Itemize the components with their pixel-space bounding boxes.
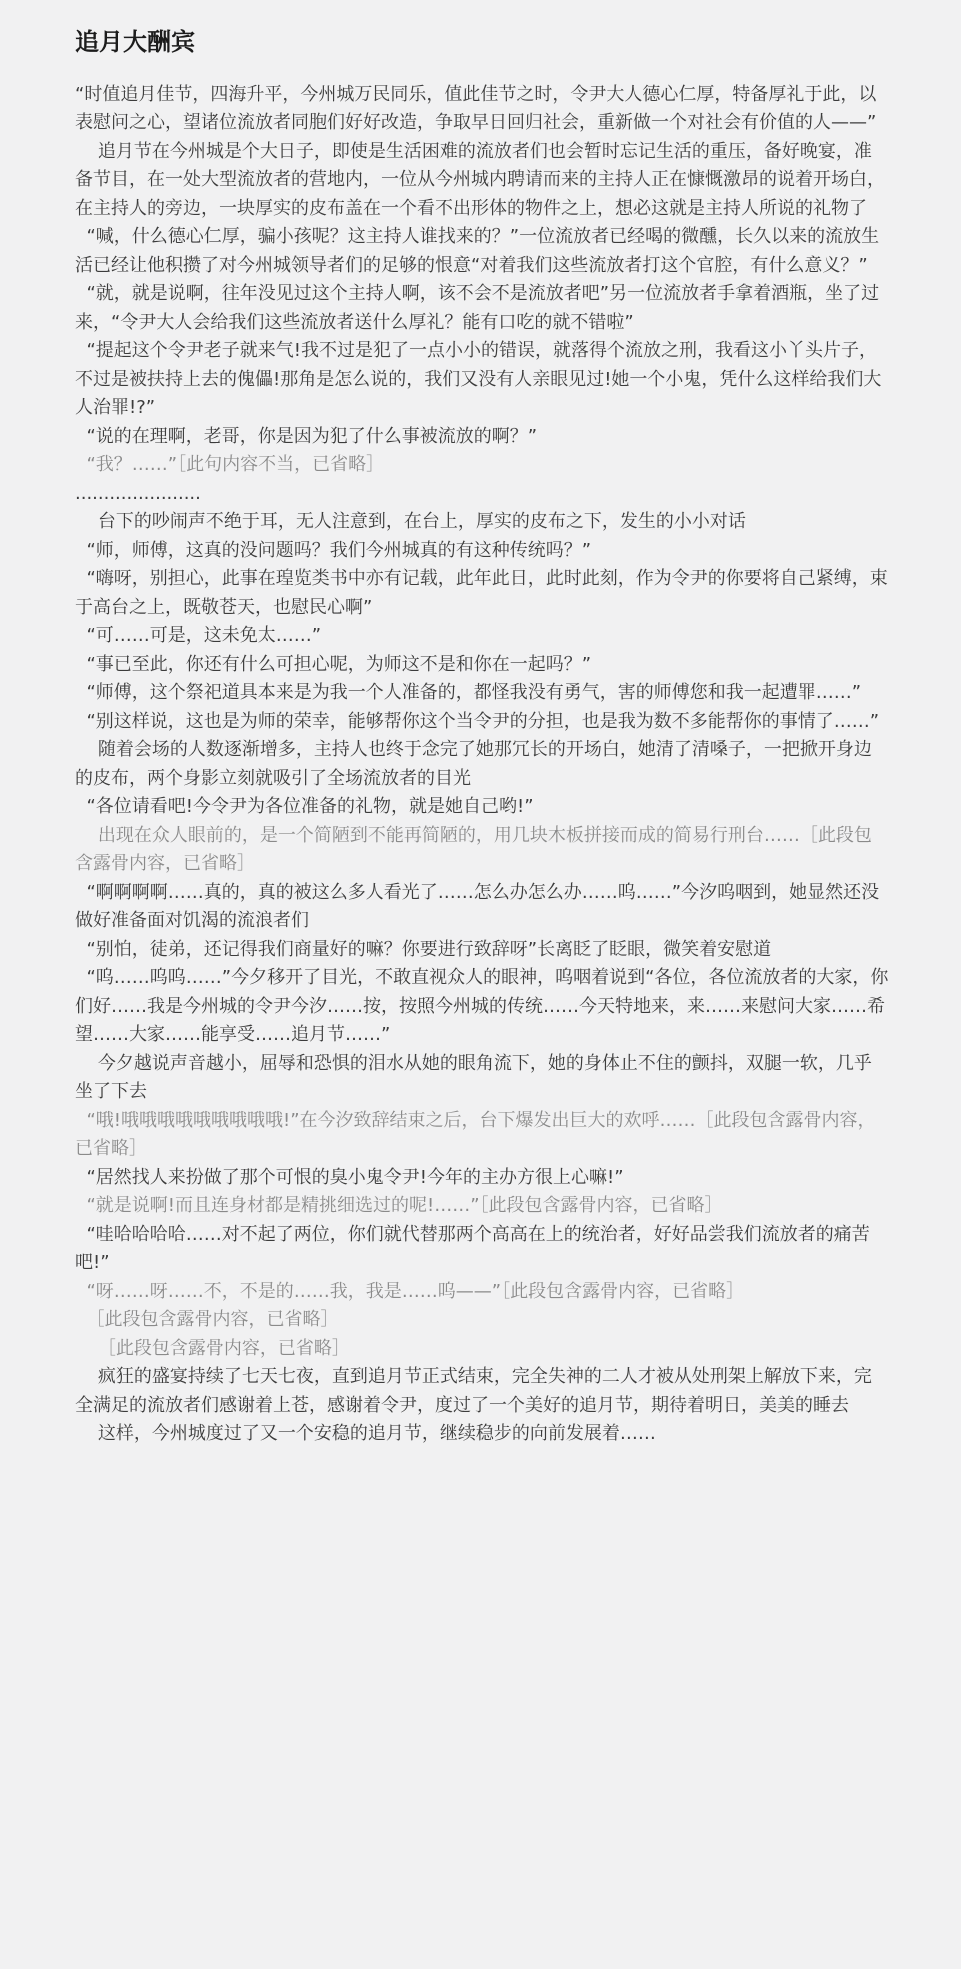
- paragraph: “别这样说，这也是为师的荣幸，能够帮你这个当令尹的分担，也是我为数不多能帮你的事…: [75, 708, 889, 737]
- paragraph: “就，就是说啊，往年没见过这个主持人啊，该不会不是流放者吧”另一位流放者手拿着酒…: [75, 280, 889, 337]
- paragraph: “喊，什么德心仁厚，骗小孩呢？这主持人谁找来的？”一位流放者已经喝的微醺，长久以…: [75, 223, 889, 280]
- paragraph-redacted: “我？……”［此句内容不当，已省略］: [75, 451, 889, 480]
- paragraph: “别怕，徒弟，还记得我们商量好的嘛？你要进行致辞呀”长离眨了眨眼，微笑着安慰道: [75, 936, 889, 965]
- paragraph-redacted: “就是说啊!而且连身材都是精挑细选过的呢!……”［此段包含露骨内容，已省略］: [75, 1192, 889, 1221]
- paragraph: “时值追月佳节，四海升平，今州城万民同乐，值此佳节之时，令尹大人德心仁厚，特备厚…: [75, 81, 889, 138]
- paragraph: 这样，今州城度过了又一个安稳的追月节，继续稳步的向前发展着……: [75, 1420, 889, 1449]
- paragraph: 今夕越说声音越小，屈辱和恐惧的泪水从她的眼角流下，她的身体止不住的颤抖，双腿一软…: [75, 1050, 889, 1107]
- paragraph: ......................: [75, 480, 889, 509]
- paragraph: 台下的吵闹声不绝于耳，无人注意到，在台上，厚实的皮布之下，发生的小小对话: [75, 508, 889, 537]
- paragraph: “说的在理啊，老哥，你是因为犯了什么事被流放的啊？”: [75, 423, 889, 452]
- story-body: “时值追月佳节，四海升平，今州城万民同乐，值此佳节之时，令尹大人德心仁厚，特备厚…: [75, 81, 889, 1449]
- paragraph: “事已至此，你还有什么可担心呢，为师这不是和你在一起吗？”: [75, 651, 889, 680]
- paragraph: “啊啊啊啊……真的，真的被这么多人看光了……怎么办怎么办……呜……”今汐呜咽到，…: [75, 879, 889, 936]
- paragraph: “师傅，这个祭祀道具本来是为我一个人准备的，都怪我没有勇气，害的师傅您和我一起遭…: [75, 679, 889, 708]
- paragraph: “提起这个令尹老子就来气!我不过是犯了一点小小的错误，就落得个流放之刑，我看这小…: [75, 337, 889, 423]
- page-title: 追月大酬宾: [75, 28, 889, 57]
- paragraph-redacted: “哦!哦哦哦哦哦哦哦哦哦!”在今汐致辞结束之后，台下爆发出巨大的欢呼……［此段包…: [75, 1107, 889, 1164]
- paragraph: 疯狂的盛宴持续了七天七夜，直到追月节正式结束，完全失神的二人才被从处刑架上解放下…: [75, 1363, 889, 1420]
- paragraph-redacted: 出现在众人眼前的，是一个简陋到不能再简陋的，用几块木板拼接而成的简易行刑台……［…: [75, 822, 889, 879]
- paragraph-redacted: ［此段包含露骨内容，已省略］: [75, 1306, 889, 1335]
- paragraph: “嗨呀，别担心，此事在瑝览类书中亦有记载，此年此日，此时此刻，作为令尹的你要将自…: [75, 565, 889, 622]
- paragraph: “可……可是，这未免太……”: [75, 622, 889, 651]
- paragraph-redacted: ［此段包含露骨内容，已省略］: [75, 1335, 889, 1364]
- paragraph: “呜……呜呜……”今夕移开了目光，不敢直视众人的眼神，呜咽着说到“各位，各位流放…: [75, 964, 889, 1050]
- paragraph: “居然找人来扮做了那个可恨的臭小鬼令尹!今年的主办方很上心嘛!”: [75, 1164, 889, 1193]
- paragraph: 随着会场的人数逐渐增多，主持人也终于念完了她那冗长的开场白，她清了清嗓子，一把掀…: [75, 736, 889, 793]
- document-page: 追月大酬宾 “时值追月佳节，四海升平，今州城万民同乐，值此佳节之时，令尹大人德心…: [0, 0, 961, 1969]
- paragraph: “师，师傅，这真的没问题吗？我们今州城真的有这种传统吗？”: [75, 537, 889, 566]
- paragraph-redacted: “呀……呀……不，不是的……我，我是……呜——”［此段包含露骨内容，已省略］: [75, 1278, 889, 1307]
- paragraph: “各位请看吧!今令尹为各位准备的礼物，就是她自己哟!”: [75, 793, 889, 822]
- paragraph: 追月节在今州城是个大日子，即使是生活困难的流放者们也会暂时忘记生活的重压，备好晚…: [75, 138, 889, 224]
- paragraph: “哇哈哈哈哈……对不起了两位，你们就代替那两个高高在上的统治者，好好品尝我们流放…: [75, 1221, 889, 1278]
